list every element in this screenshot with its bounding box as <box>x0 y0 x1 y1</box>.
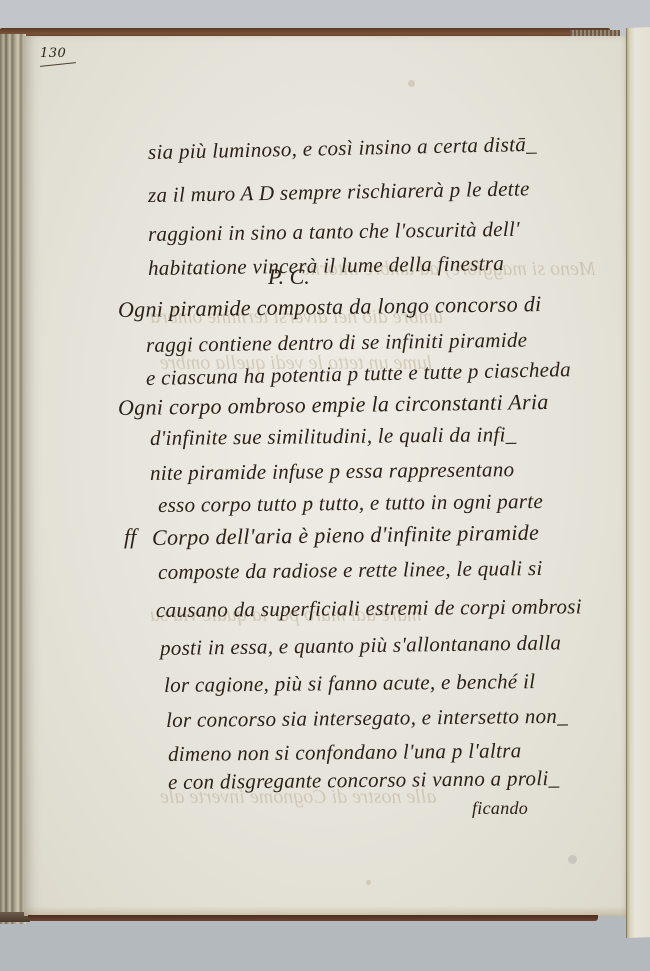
foxing-spot <box>568 855 577 864</box>
folio-number: 130 <box>40 46 66 61</box>
text-line: raggi contiene dentro di se infiniti pir… <box>146 328 528 358</box>
text-line: raggioni in sino a tanto che l'oscurità … <box>148 217 520 247</box>
facing-page-edge <box>626 27 650 938</box>
text-line: lor concorso sia intersegato, e interset… <box>166 704 568 733</box>
text-line: e con disgregante concorso si vanno a pr… <box>168 766 560 795</box>
foxing-spot <box>408 80 415 87</box>
text-line: lor cagione, più si fanno acute, e bench… <box>164 669 536 698</box>
section-marker: P. C. <box>268 264 310 290</box>
catchword: ficando <box>472 798 528 819</box>
foxing-spot <box>366 880 371 885</box>
text-line: d'infinite sue similitudini, le quali da… <box>150 422 517 451</box>
text-line: Corpo dell'aria è pieno d'infinite piram… <box>152 520 539 551</box>
page-stack-edges <box>0 34 26 924</box>
text-line: dimeno non si confondano l'una p l'altra <box>168 738 522 767</box>
text-line: habitatione vincerà il lume della finest… <box>148 251 504 281</box>
margin-mark: ff <box>124 524 136 550</box>
text-line: composte da radiose e rette linee, le qu… <box>158 556 543 585</box>
text-line: causano da superficiali estremi de corpi… <box>156 594 582 623</box>
binding-bottom-edge <box>28 915 598 921</box>
text-line: esso corpo tutto p tutto, e tutto in ogn… <box>158 489 543 518</box>
text-line: nite piramide infuse p essa rappresentan… <box>150 457 515 486</box>
